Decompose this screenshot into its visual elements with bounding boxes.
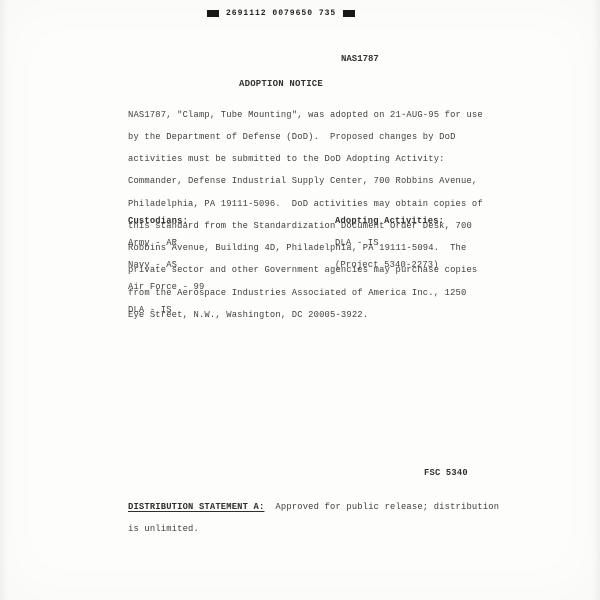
- paragraph-line: by the Department of Defense (DoD). Prop…: [128, 134, 483, 141]
- distribution-statement-line2: is unlimited.: [128, 526, 499, 533]
- scan-header-stamp: 2691112 0079650 735: [207, 9, 355, 18]
- scan-layer: 2691112 0079650 735 NAS1787 ADOPTION NOT…: [0, 0, 600, 600]
- scanned-document-page: 2691112 0079650 735 NAS1787 ADOPTION NOT…: [0, 0, 600, 600]
- distribution-statement-label: DISTRIBUTION STATEMENT A:: [128, 502, 264, 512]
- custodian-item: DLA - IS: [128, 307, 204, 314]
- adopting-activities-block: Adopting Activities: DLA - IS (Project 5…: [335, 203, 444, 284]
- adopting-activity-item: (Project 5340-2273): [335, 262, 444, 269]
- document-number: NAS1787: [341, 54, 379, 64]
- custodian-item: Air Force - 99: [128, 284, 204, 291]
- adopting-activity-item: DLA - IS: [335, 240, 444, 247]
- paragraph-line: NAS1787, "Clamp, Tube Mounting", was ado…: [128, 112, 483, 119]
- custodians-block: Custodians: Army - AR Navy - AS Air Forc…: [128, 203, 204, 329]
- stamp-code: 2691112 0079650 735: [226, 9, 336, 18]
- stamp-filled-square-right-icon: [343, 10, 355, 17]
- distribution-statement-line1: DISTRIBUTION STATEMENT A: Approved for p…: [128, 504, 499, 511]
- custodian-item: Navy - AS: [128, 262, 204, 269]
- custodian-item: Army - AR: [128, 240, 204, 247]
- paragraph-line: Commander, Defense Industrial Supply Cen…: [128, 178, 483, 185]
- stamp-filled-square-left-icon: [207, 10, 219, 17]
- fsc-code: FSC 5340: [424, 468, 468, 478]
- custodians-heading: Custodians:: [128, 218, 204, 225]
- distribution-statement: DISTRIBUTION STATEMENT A: Approved for p…: [128, 489, 499, 548]
- distribution-statement-text: Approved for public release; distributio…: [264, 502, 499, 512]
- page-title: ADOPTION NOTICE: [239, 79, 323, 89]
- adopting-activities-heading: Adopting Activities:: [335, 218, 444, 225]
- paragraph-line: activities must be submitted to the DoD …: [128, 156, 483, 163]
